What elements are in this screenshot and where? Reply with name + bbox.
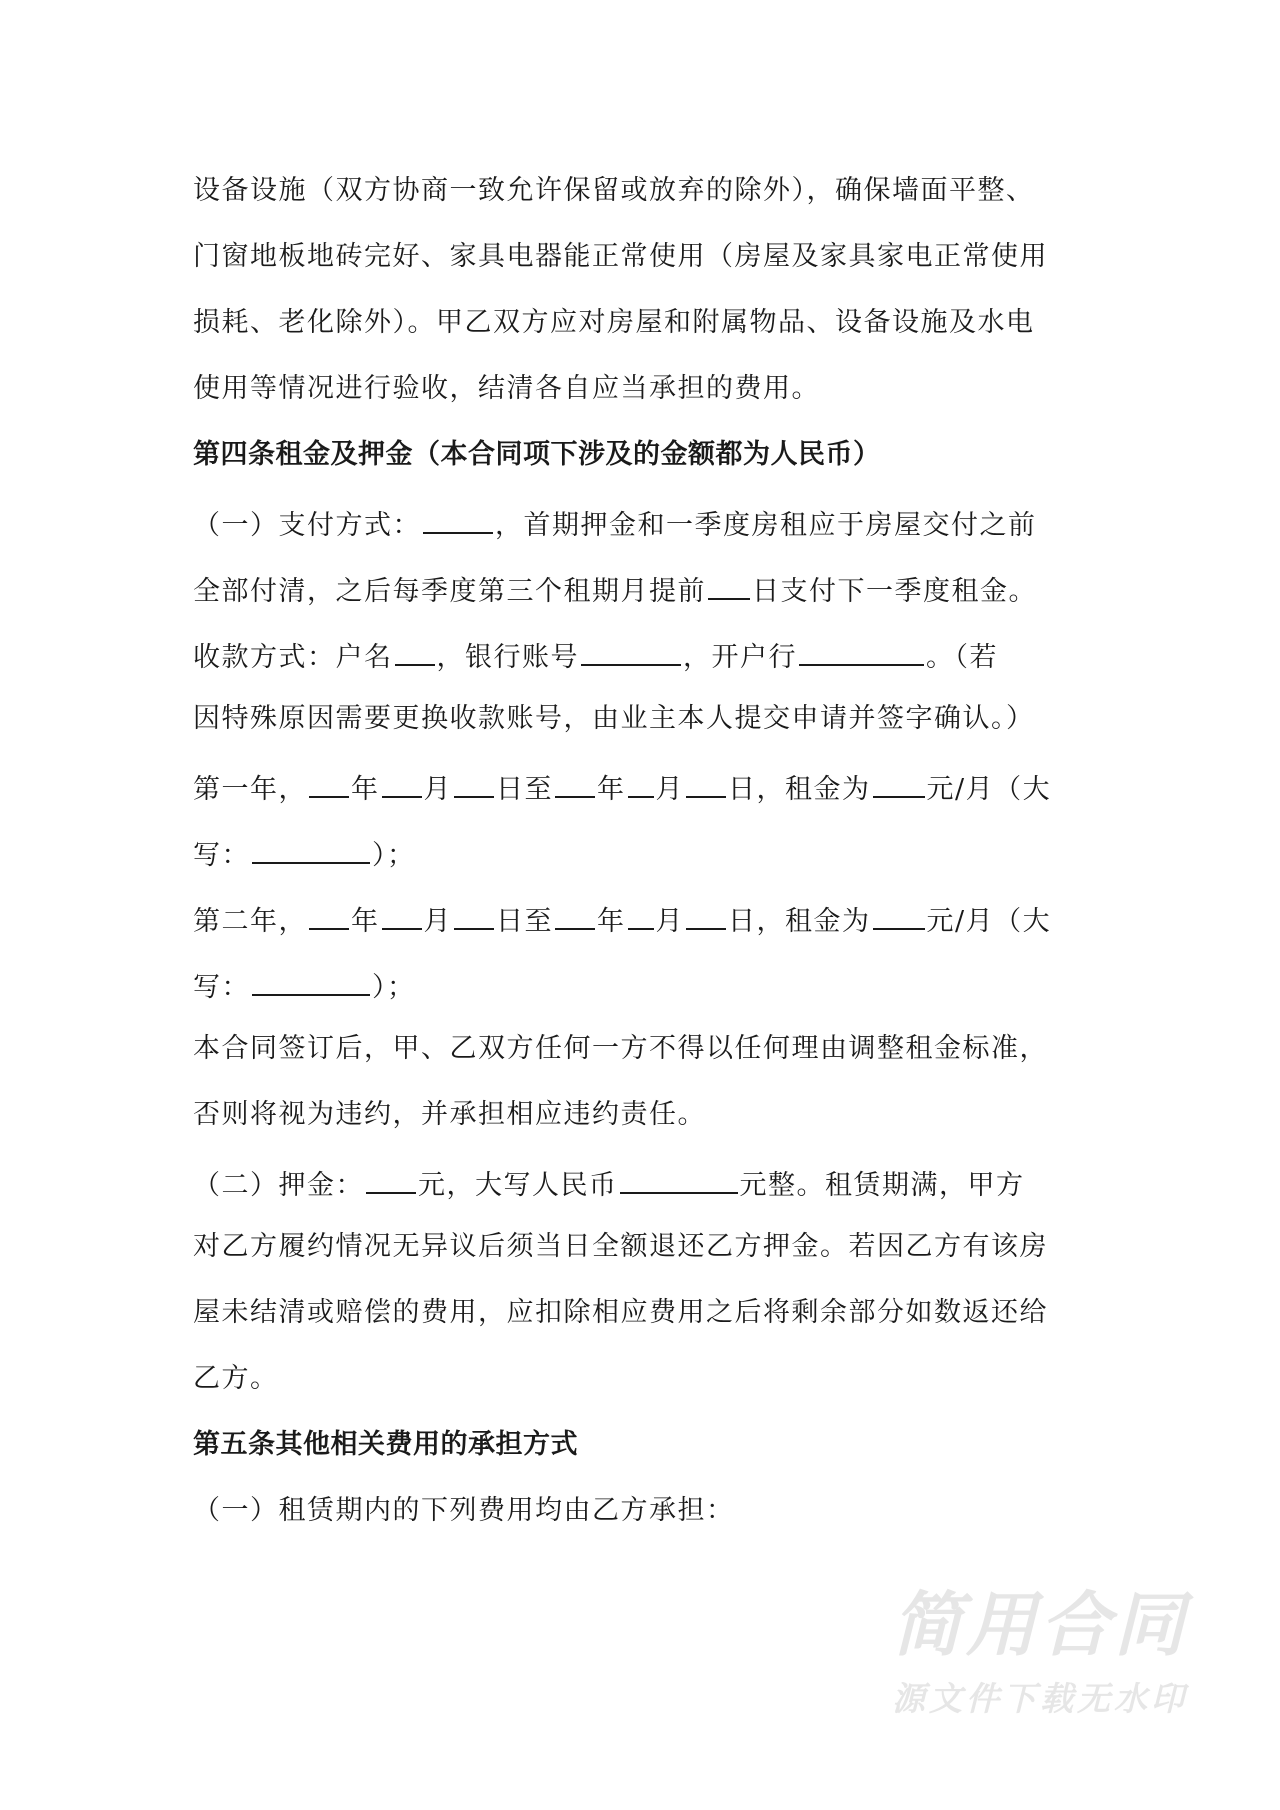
paragraph-line: 第二年，年月日至年月日，租金为元/月（大 [193, 884, 1093, 950]
section-heading: 第五条其他相关费用的承担方式 [193, 1412, 1093, 1478]
text-segment: 使用等情况进行验收，结清各自应当承担的费用。 [193, 373, 820, 404]
text-segment: 年 [351, 774, 380, 805]
paragraph-line: 全部付清，之后每季度第三个租期月提前日支付下一季度租金。 [193, 554, 1093, 620]
watermark-subtitle: 源文件下载无水印 [880, 1677, 1200, 1721]
fill-in-blank [873, 752, 925, 798]
paragraph-line: 否则将视为违约，并承担相应违约责任。 [193, 1082, 1093, 1148]
paragraph-line: 收款方式：户名，银行账号，开户行。（若 [193, 620, 1093, 686]
paragraph-line: 对乙方履约情况无异议后须当日全额退还乙方押金。若因乙方有该房 [193, 1214, 1093, 1280]
fill-in-blank [799, 620, 924, 666]
paragraph-line: 本合同签订后，甲、乙双方任何一方不得以任何理由调整租金标准， [193, 1016, 1093, 1082]
fill-in-blank [423, 488, 493, 534]
paragraph-line: 使用等情况进行验收，结清各自应当承担的费用。 [193, 356, 1093, 422]
text-segment: 写： [193, 840, 250, 871]
fill-in-blank [620, 1148, 738, 1194]
fill-in-blank [366, 1148, 416, 1194]
text-segment: 月 [424, 774, 453, 805]
text-segment: 写： [193, 972, 250, 1003]
paragraph-line: 损耗、老化除外）。甲乙双方应对房屋和附属物品、设备设施及水电 [193, 290, 1093, 356]
fill-in-blank [382, 752, 422, 798]
text-segment: 年 [597, 774, 626, 805]
text-segment: 第四条租金及押金（本合同项下涉及的金额都为人民币） [193, 439, 881, 470]
text-segment: 元/月（大 [927, 774, 1052, 805]
section-heading: 第四条租金及押金（本合同项下涉及的金额都为人民币） [193, 422, 1093, 488]
text-segment: ，开户行 [683, 642, 797, 673]
paragraph-line: （一）租赁期内的下列费用均由乙方承担： [193, 1478, 1093, 1544]
text-segment: 月 [656, 774, 685, 805]
text-segment: 元，大写人民币 [418, 1170, 618, 1201]
document-page: 设备设施（双方协商一致允许保留或放弃的除外），确保墙面平整、门窗地板地砖完好、家… [0, 0, 1280, 1810]
paragraph-line: 写：）； [193, 818, 1093, 884]
text-segment: 月 [656, 906, 685, 937]
text-segment: 第一年， [193, 774, 307, 805]
watermark: 简用合同 源文件下载无水印 [880, 1585, 1200, 1721]
text-segment: 乙方。 [193, 1363, 279, 1394]
fill-in-blank [382, 884, 422, 930]
fill-in-blank [309, 884, 349, 930]
text-segment: 日，租金为 [728, 906, 871, 937]
paragraph-line: 门窗地板地砖完好、家具电器能正常使用（房屋及家具家电正常使用 [193, 224, 1093, 290]
fill-in-blank [686, 884, 726, 930]
text-segment: 月 [424, 906, 453, 937]
text-segment: 年 [597, 906, 626, 937]
text-segment: 收款方式：户名 [193, 642, 393, 673]
text-segment: 因特殊原因需要更换收款账号，由业主本人提交申请并签字确认。） [193, 703, 1035, 734]
text-segment: ）； [372, 840, 416, 871]
paragraph-line: （二）押金：元，大写人民币元整。租赁期满，甲方 [193, 1148, 1093, 1214]
text-segment: 第二年， [193, 906, 307, 937]
text-segment: ，银行账号 [437, 642, 580, 673]
text-segment: 否则将视为违约，并承担相应违约责任。 [193, 1099, 706, 1130]
text-segment: 元/月（大 [927, 906, 1052, 937]
paragraph-line: 屋未结清或赔偿的费用，应扣除相应费用之后将剩余部分如数返还给 [193, 1280, 1093, 1346]
fill-in-blank [686, 752, 726, 798]
watermark-title: 简用合同 [880, 1585, 1200, 1665]
paragraph-line: 写：）； [193, 950, 1093, 1016]
paragraph-line: 设备设施（双方协商一致允许保留或放弃的除外），确保墙面平整、 [193, 158, 1093, 224]
fill-in-blank [873, 884, 925, 930]
fill-in-blank [581, 620, 681, 666]
text-segment: （一）租赁期内的下列费用均由乙方承担： [193, 1495, 735, 1526]
text-segment: 对乙方履约情况无异议后须当日全额退还乙方押金。若因乙方有该房 [193, 1231, 1048, 1262]
text-segment: 年 [351, 906, 380, 937]
text-segment: 屋未结清或赔偿的费用，应扣除相应费用之后将剩余部分如数返还给 [193, 1297, 1048, 1328]
fill-in-blank [555, 752, 595, 798]
fill-in-blank [555, 884, 595, 930]
fill-in-blank [708, 554, 750, 600]
fill-in-blank [309, 752, 349, 798]
text-segment: ，首期押金和一季度房租应于房屋交付之前 [495, 510, 1037, 541]
text-segment: 日，租金为 [728, 774, 871, 805]
text-segment: 设备设施（双方协商一致允许保留或放弃的除外），确保墙面平整、 [193, 175, 1035, 206]
paragraph-line: （一）支付方式：，首期押金和一季度房租应于房屋交付之前 [193, 488, 1093, 554]
text-segment: 全部付清，之后每季度第三个租期月提前 [193, 576, 706, 607]
text-segment: 第五条其他相关费用的承担方式 [193, 1429, 578, 1460]
text-segment: 本合同签订后，甲、乙双方任何一方不得以任何理由调整租金标准， [193, 1033, 1048, 1064]
paragraph-line: 因特殊原因需要更换收款账号，由业主本人提交申请并签字确认。） [193, 686, 1093, 752]
text-segment: 日至 [496, 906, 553, 937]
fill-in-blank [395, 620, 435, 666]
text-segment: 元整。租赁期满，甲方 [740, 1170, 1025, 1201]
text-segment: 损耗、老化除外）。甲乙双方应对房屋和附属物品、设备设施及水电 [193, 307, 1035, 338]
fill-in-blank [252, 950, 370, 996]
fill-in-blank [252, 818, 370, 864]
fill-in-blank [454, 884, 494, 930]
fill-in-blank [628, 752, 654, 798]
text-segment: 门窗地板地砖完好、家具电器能正常使用（房屋及家具家电正常使用 [193, 241, 1048, 272]
text-segment: 日支付下一季度租金。 [752, 576, 1037, 607]
paragraph-line: 乙方。 [193, 1346, 1093, 1412]
text-segment: 日至 [496, 774, 553, 805]
text-segment: （二）押金： [193, 1170, 364, 1201]
text-segment: ）； [372, 972, 416, 1003]
text-segment: （一）支付方式： [193, 510, 421, 541]
fill-in-blank [454, 752, 494, 798]
fill-in-blank [628, 884, 654, 930]
paragraph-line: 第一年，年月日至年月日，租金为元/月（大 [193, 752, 1093, 818]
document-body: 设备设施（双方协商一致允许保留或放弃的除外），确保墙面平整、门窗地板地砖完好、家… [193, 158, 1093, 1544]
text-segment: 。（若 [926, 642, 998, 673]
